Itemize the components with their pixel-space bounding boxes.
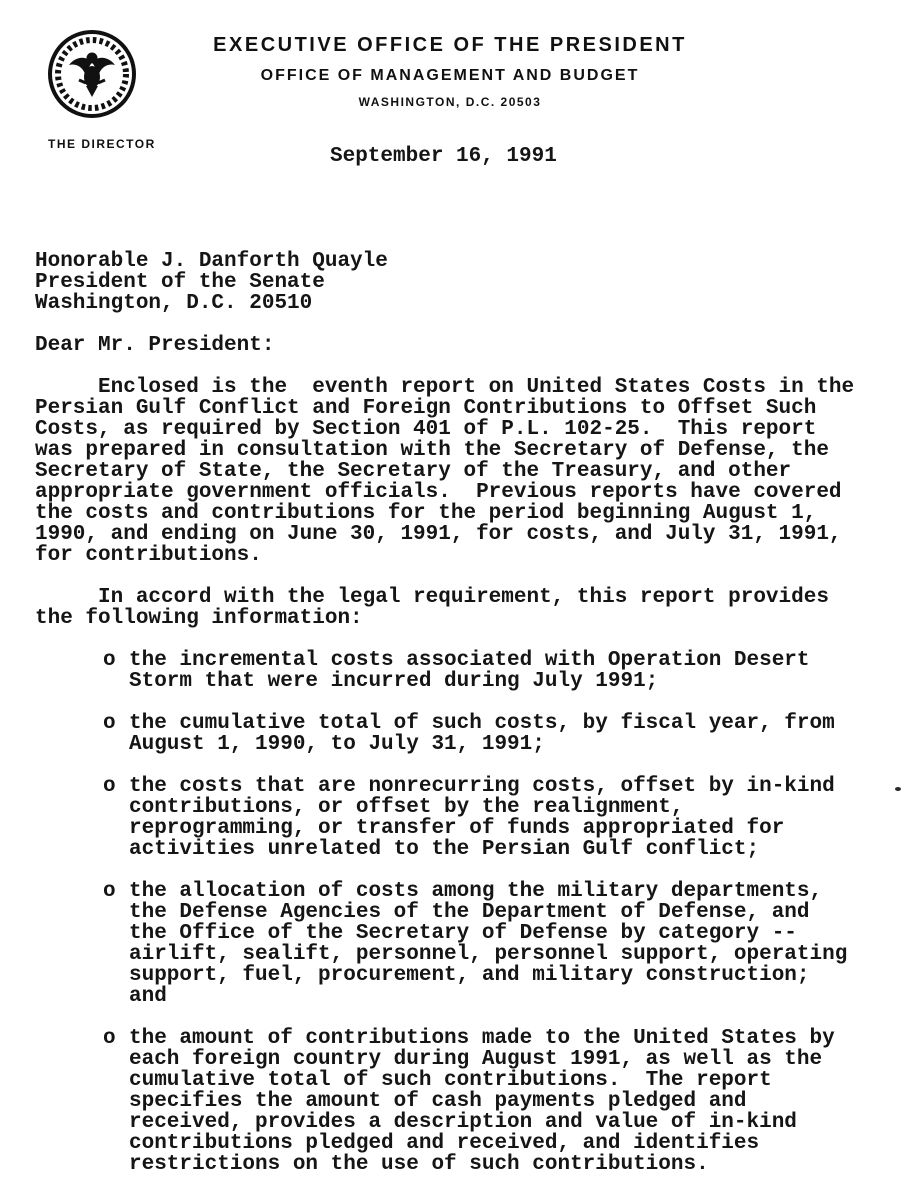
recipient-title: President of the Senate: [35, 272, 905, 293]
paragraph-2: In accord with the legal requirement, th…: [35, 587, 905, 629]
bullet-list: o the incremental costs associated with …: [35, 650, 905, 1175]
letterhead-agency-title: OFFICE OF MANAGEMENT AND BUDGET: [0, 67, 900, 85]
letterhead: EXECUTIVE OFFICE OF THE PRESIDENT OFFICE…: [0, 0, 900, 109]
bullet-marker: o: [103, 776, 129, 860]
letter-body: Honorable J. Danforth Quayle President o…: [35, 251, 905, 1196]
recipient-name: Honorable J. Danforth Quayle: [35, 251, 905, 272]
list-item: o the amount of contributions made to th…: [103, 1028, 905, 1175]
bullet-marker: o: [103, 1028, 129, 1175]
recipient-address: Washington, D.C. 20510: [35, 293, 905, 314]
salutation: Dear Mr. President:: [35, 335, 905, 356]
bullet-text: the incremental costs associated with Op…: [129, 650, 810, 692]
bullet-text: the amount of contributions made to the …: [129, 1028, 835, 1175]
letterhead-city-line: WASHINGTON, D.C. 20503: [0, 95, 900, 109]
bullet-text: the cumulative total of such costs, by f…: [129, 713, 835, 755]
letterhead-office-title: EXECUTIVE OFFICE OF THE PRESIDENT: [0, 34, 900, 57]
list-item: o the incremental costs associated with …: [103, 650, 905, 692]
list-item: o the costs that are nonrecurring costs,…: [103, 776, 905, 860]
paragraph-1: Enclosed is the eventh report on United …: [35, 377, 905, 566]
recipient-address-block: Honorable J. Danforth Quayle President o…: [35, 251, 905, 314]
bullet-text: the allocation of costs among the milita…: [129, 881, 847, 1007]
list-item: o the cumulative total of such costs, by…: [103, 713, 905, 755]
scan-artifact-dot: [895, 787, 901, 791]
bullet-marker: o: [103, 713, 129, 755]
director-label: THE DIRECTOR: [48, 137, 156, 151]
bullet-marker: o: [103, 650, 129, 692]
bullet-marker: o: [103, 881, 129, 1007]
scanned-letter-page: THE DIRECTOR EXECUTIVE OFFICE OF THE PRE…: [0, 0, 923, 1200]
list-item: o the allocation of costs among the mili…: [103, 881, 905, 1007]
letter-date: September 16, 1991: [330, 145, 557, 168]
bullet-text: the costs that are nonrecurring costs, o…: [129, 776, 835, 860]
